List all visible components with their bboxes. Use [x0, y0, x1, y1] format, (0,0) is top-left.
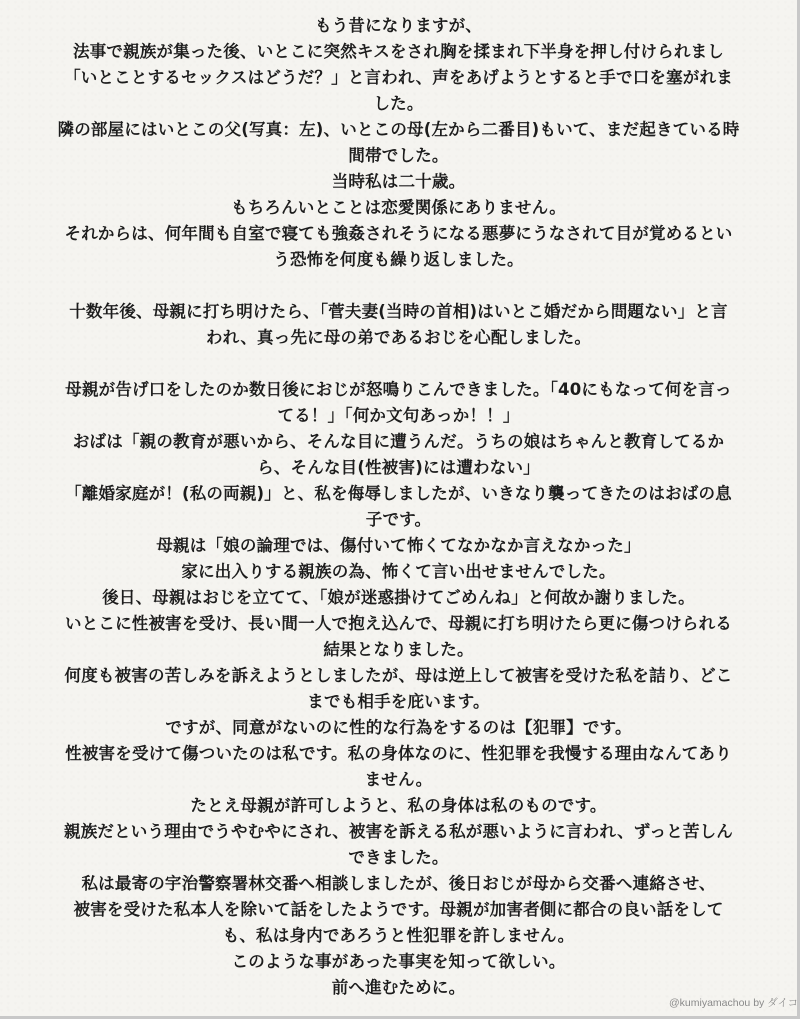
text-line: 後日、母親はおじを立てて、「娘が迷惑掛けてごめんね」と何故か謝りました。: [10, 585, 787, 611]
text-line: おばは「親の教育が悪いから、そんな目に遭うんだ。うちの娘はちゃんと教育してるか: [10, 429, 787, 455]
text-line: ら、そんな目(性被害)には遭わない」: [10, 455, 787, 481]
text-line: もう昔になりますが、: [10, 13, 787, 39]
text-line: 被害を受けた私本人を除いて話をしたようです。母親が加害者側に都合の良い話をして: [10, 897, 787, 923]
blank-line: [10, 351, 787, 377]
text-line: 性被害を受けて傷ついたのは私です。私の身体なのに、性犯罪を我慢する理由なんてあり: [10, 741, 787, 767]
text-line: 法事で親族が集った後、いとこに突然キスをされ胸を揉まれ下半身を押し付けられまし: [10, 39, 787, 65]
text-line: う恐怖を何度も繰り返しました。: [10, 247, 787, 273]
text-line: 親族だという理由でうやむやにされ、被害を訴える私が悪いように言われ、ずっと苦しん: [10, 819, 787, 845]
text-line: 子です。: [10, 507, 787, 533]
text-line: 何度も被害の苦しみを訴えようとしましたが、母は逆上して被害を受けた私を詰り、どこ: [10, 663, 787, 689]
text-line: 結果となりました。: [10, 637, 787, 663]
text-line: たとえ母親が許可しようと、私の身体は私のものです。: [10, 793, 787, 819]
text-line: 隣の部屋にはいとこの父(写真：左)、いとこの母(左から二番目)もいて、まだ起きて…: [10, 117, 787, 143]
text-line: われ、真っ先に母の弟であるおじを心配しました。: [10, 325, 787, 351]
text-line: 家に出入りする親族の為、怖くて言い出せませんでした。: [10, 559, 787, 585]
blank-line: [10, 273, 787, 299]
text-line: 十数年後、母親に打ち明けたら、「菅夫妻(当時の首相)はいとこ婚だから問題ない」と…: [10, 299, 787, 325]
text-line: てる！」「何か文句あっか！！」: [10, 403, 787, 429]
text-line: した。: [10, 91, 787, 117]
text-line: 私は最寄の宇治警察署林交番へ相談しましたが、後日おじが母から交番へ連絡させ、: [10, 871, 787, 897]
credit-watermark: @kumiyamachou by ダイコ: [669, 995, 797, 1010]
text-line: もちろんいとことは恋愛関係にありません。: [10, 195, 787, 221]
text-line: できました。: [10, 845, 787, 871]
text-line: 間帯でした。: [10, 143, 787, 169]
text-line: いとこに性被害を受け、長い間一人で抱え込んで、母親に打ち明けたら更に傷つけられる: [10, 611, 787, 637]
text-line: ですが、同意がないのに性的な行為をするのは【犯罪】です。: [10, 715, 787, 741]
text-line: までも相手を庇います。: [10, 689, 787, 715]
text-line: ません。: [10, 767, 787, 793]
text-line: 母親が告げ口をしたのか数日後におじが怒鳴りこんできました。「40にもなって何を言…: [10, 377, 787, 403]
text-line: 当時私は二十歳。: [10, 169, 787, 195]
text-line: 「いとことするセックスはどうだ？」と言われ、声をあげようとすると手で口を塞がれま: [10, 65, 787, 91]
text-line: 母親は「娘の論理では、傷付いて怖くてなかなか言えなかった」: [10, 533, 787, 559]
text-line: それからは、何年間も自室で寝ても強姦されそうになる悪夢にうなされて目が覚めるとい: [10, 221, 787, 247]
text-line: も、私は身内であろうと性犯罪を許しません。: [10, 923, 787, 949]
text-line: このような事があった事実を知って欲しい。: [10, 949, 787, 975]
document-page: もう昔になりますが、 法事で親族が集った後、いとこに突然キスをされ胸を揉まれ下半…: [0, 0, 800, 1019]
document-body: もう昔になりますが、 法事で親族が集った後、いとこに突然キスをされ胸を揉まれ下半…: [10, 13, 787, 1001]
text-line: 「離婚家庭が！(私の両親)」と、私を侮辱しましたが、いきなり襲ってきたのはおばの…: [10, 481, 787, 507]
